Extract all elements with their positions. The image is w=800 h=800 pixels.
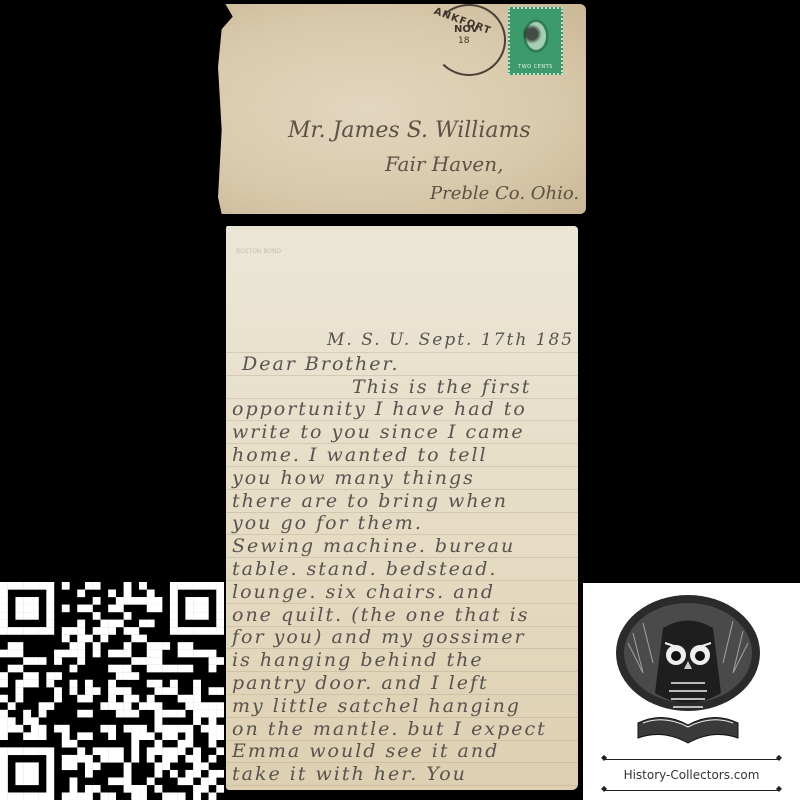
letter-line: pantry door. and I left <box>232 672 489 694</box>
address-line-name: Mr. James S. Williams <box>288 118 531 143</box>
letter-line: you go for them. <box>232 512 423 534</box>
ornamental-divider-bottom <box>605 790 778 791</box>
letter-line: table. stand. bedstead. <box>232 558 497 580</box>
stamp-value: TWO CENTS <box>510 64 561 70</box>
cancellation-mark <box>520 23 544 45</box>
postmark-day: 18 <box>458 36 469 46</box>
letter-line: home. I wanted to tell <box>232 444 488 466</box>
ornamental-divider-top <box>605 759 778 760</box>
letter-line: opportunity I have had to <box>232 398 527 420</box>
letterhead-emboss: BOSTON BOND <box>236 248 281 255</box>
letter-line: Sewing machine. bureau <box>232 535 515 557</box>
qr-code[interactable] <box>0 582 224 800</box>
ruled-line <box>226 785 578 786</box>
letter-line: for you) and my gossimer <box>232 626 526 648</box>
letter-line: my little satchel hanging <box>232 695 521 717</box>
letter-line: you how many things <box>232 467 475 489</box>
letter-line: on the mantle. but I expect <box>232 718 547 740</box>
address-line-town: Fair Haven, <box>385 152 504 176</box>
qr-code-icon <box>0 582 224 800</box>
address-line-county: Preble Co. Ohio. <box>430 183 579 204</box>
site-name: History-Collectors.com <box>583 768 800 782</box>
postage-stamp: TWO CENTS <box>508 7 563 75</box>
letter-line: This is the first <box>352 376 531 398</box>
letter-line: there are to bring when <box>232 490 508 512</box>
postmark: ANKFORT NOV 18 <box>432 4 506 76</box>
letter-line: take it with her. You <box>232 763 467 785</box>
letter-line: Dear Brother. <box>242 353 400 375</box>
postmark-month: NOV <box>454 24 478 35</box>
letter-line: is hanging behind the <box>232 649 484 671</box>
letter-line: write to you since I came <box>232 421 525 443</box>
owl-on-book-with-tree-icon <box>583 583 800 763</box>
letter-line: lounge. six chairs. and <box>232 581 495 603</box>
letter-line: Emma would see it and <box>232 740 499 762</box>
letter-line: one quilt. (the one that is <box>232 604 529 626</box>
history-collectors-logo[interactable]: History-Collectors.com <box>583 583 800 800</box>
letter-line: M. S. U. Sept. 17th 185 <box>327 330 574 350</box>
